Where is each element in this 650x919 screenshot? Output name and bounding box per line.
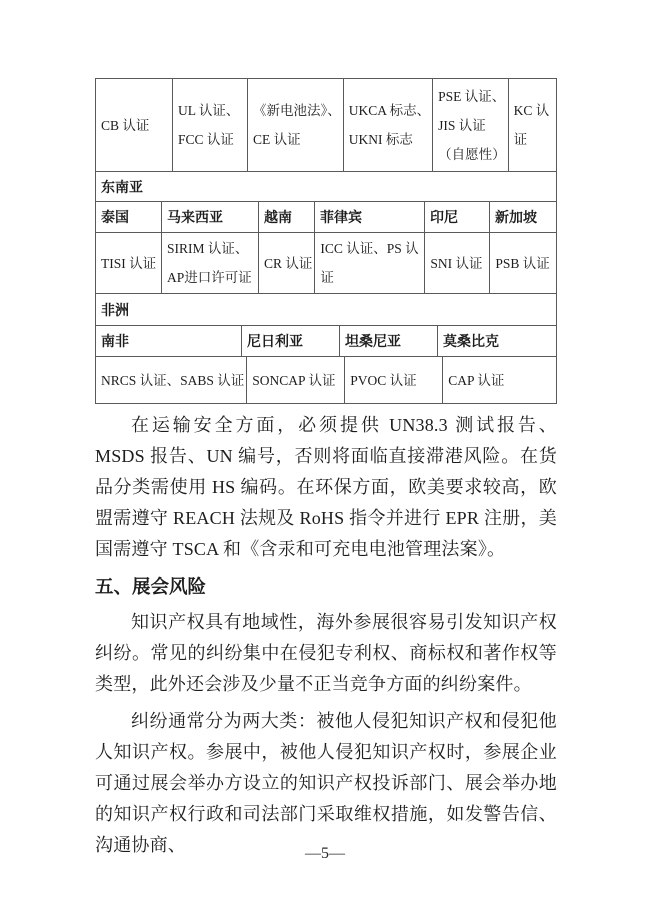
cert-cell-sirim-ap: SIRIM 认证、 AP进口许可证 <box>162 233 259 293</box>
country-header-tanzania: 坦桑尼亚 <box>340 326 438 356</box>
table-row-sea-values: TISI 认证 SIRIM 认证、 AP进口许可证 CR 认证 ICC 认证、P… <box>96 233 556 294</box>
cert-cell-tisi: TISI 认证 <box>96 233 162 293</box>
cert-cell-nrcs-sabs: NRCS 认证、SABS 认证 <box>96 357 247 403</box>
table-row-africa-headers: 南非 尼日利亚 坦桑尼亚 莫桑比克 <box>96 326 556 357</box>
cert-cell-pvoc: PVOC 认证 <box>345 357 443 403</box>
table-row-africa-values: NRCS 认证、SABS 认证 SONCAP 认证 PVOC 认证 CAP 认证 <box>96 357 556 403</box>
table-row-sea-headers: 泰国 马来西亚 越南 菲律宾 印尼 新加坡 <box>96 202 556 233</box>
cert-cell-battery-law-ce: 《新电池法》、 CE 认证 <box>248 79 344 171</box>
page-number: —5— <box>0 845 650 863</box>
cert-cell-cap: CAP 认证 <box>443 357 556 403</box>
country-header-vietnam: 越南 <box>259 202 315 232</box>
region-label-africa: 非洲 <box>96 294 556 325</box>
paragraph-dispute-types: 纠纷通常分为两大类：被他人侵犯知识产权和侵犯他人知识产权。参展中，被他人侵犯知识… <box>95 706 557 861</box>
cert-cell-pse-jis: PSE 认证、 JIS 认证 （自愿性） <box>433 79 509 171</box>
country-header-philippines: 菲律宾 <box>315 202 425 232</box>
cert-cell-ukca-ukni: UKCA 标志、 UKNI 标志 <box>344 79 433 171</box>
cert-cell-soncap: SONCAP 认证 <box>247 357 345 403</box>
cert-cell-icc-ps: ICC 认证、PS 认 证 <box>315 233 425 293</box>
region-label-southeast-asia: 东南亚 <box>96 172 556 201</box>
country-header-singapore: 新加坡 <box>490 202 556 232</box>
country-header-nigeria: 尼日利亚 <box>242 326 340 356</box>
cert-cell-cb: CB 认证 <box>96 79 173 171</box>
country-header-thailand: 泰国 <box>96 202 162 232</box>
country-header-malaysia: 马来西亚 <box>162 202 259 232</box>
cert-cell-cr: CR 认证 <box>259 233 315 293</box>
cert-cell-sni: SNI 认证 <box>425 233 490 293</box>
cert-cell-psb: PSB 认证 <box>490 233 556 293</box>
cert-cell-ul-fcc: UL 认证、 FCC 认证 <box>173 79 248 171</box>
table-row-africa-section: 非洲 <box>96 294 556 326</box>
country-header-south-africa: 南非 <box>96 326 242 356</box>
table-row-international: CB 认证 UL 认证、 FCC 认证 《新电池法》、 CE 认证 UKCA 标… <box>96 79 556 172</box>
country-header-indonesia: 印尼 <box>425 202 490 232</box>
country-header-mozambique: 莫桑比克 <box>438 326 556 356</box>
page-content: CB 认证 UL 认证、 FCC 认证 《新电池法》、 CE 认证 UKCA 标… <box>95 78 557 861</box>
document-page: CB 认证 UL 认证、 FCC 认证 《新电池法》、 CE 认证 UKCA 标… <box>0 0 650 919</box>
cert-cell-kc: KC 认 证 <box>509 79 556 171</box>
paragraph-transport-safety: 在运输安全方面，必须提供 UN38.3 测试报告、MSDS 报告、UN 编号，否… <box>95 410 557 565</box>
section-heading-exhibition-risk: 五、展会风险 <box>95 573 557 601</box>
table-row-sea-section: 东南亚 <box>96 172 556 202</box>
certification-table: CB 认证 UL 认证、 FCC 认证 《新电池法》、 CE 认证 UKCA 标… <box>95 78 557 404</box>
paragraph-ip-territoriality: 知识产权具有地域性，海外参展很容易引发知识产权纠纷。常见的纠纷集中在侵犯专利权、… <box>95 607 557 700</box>
